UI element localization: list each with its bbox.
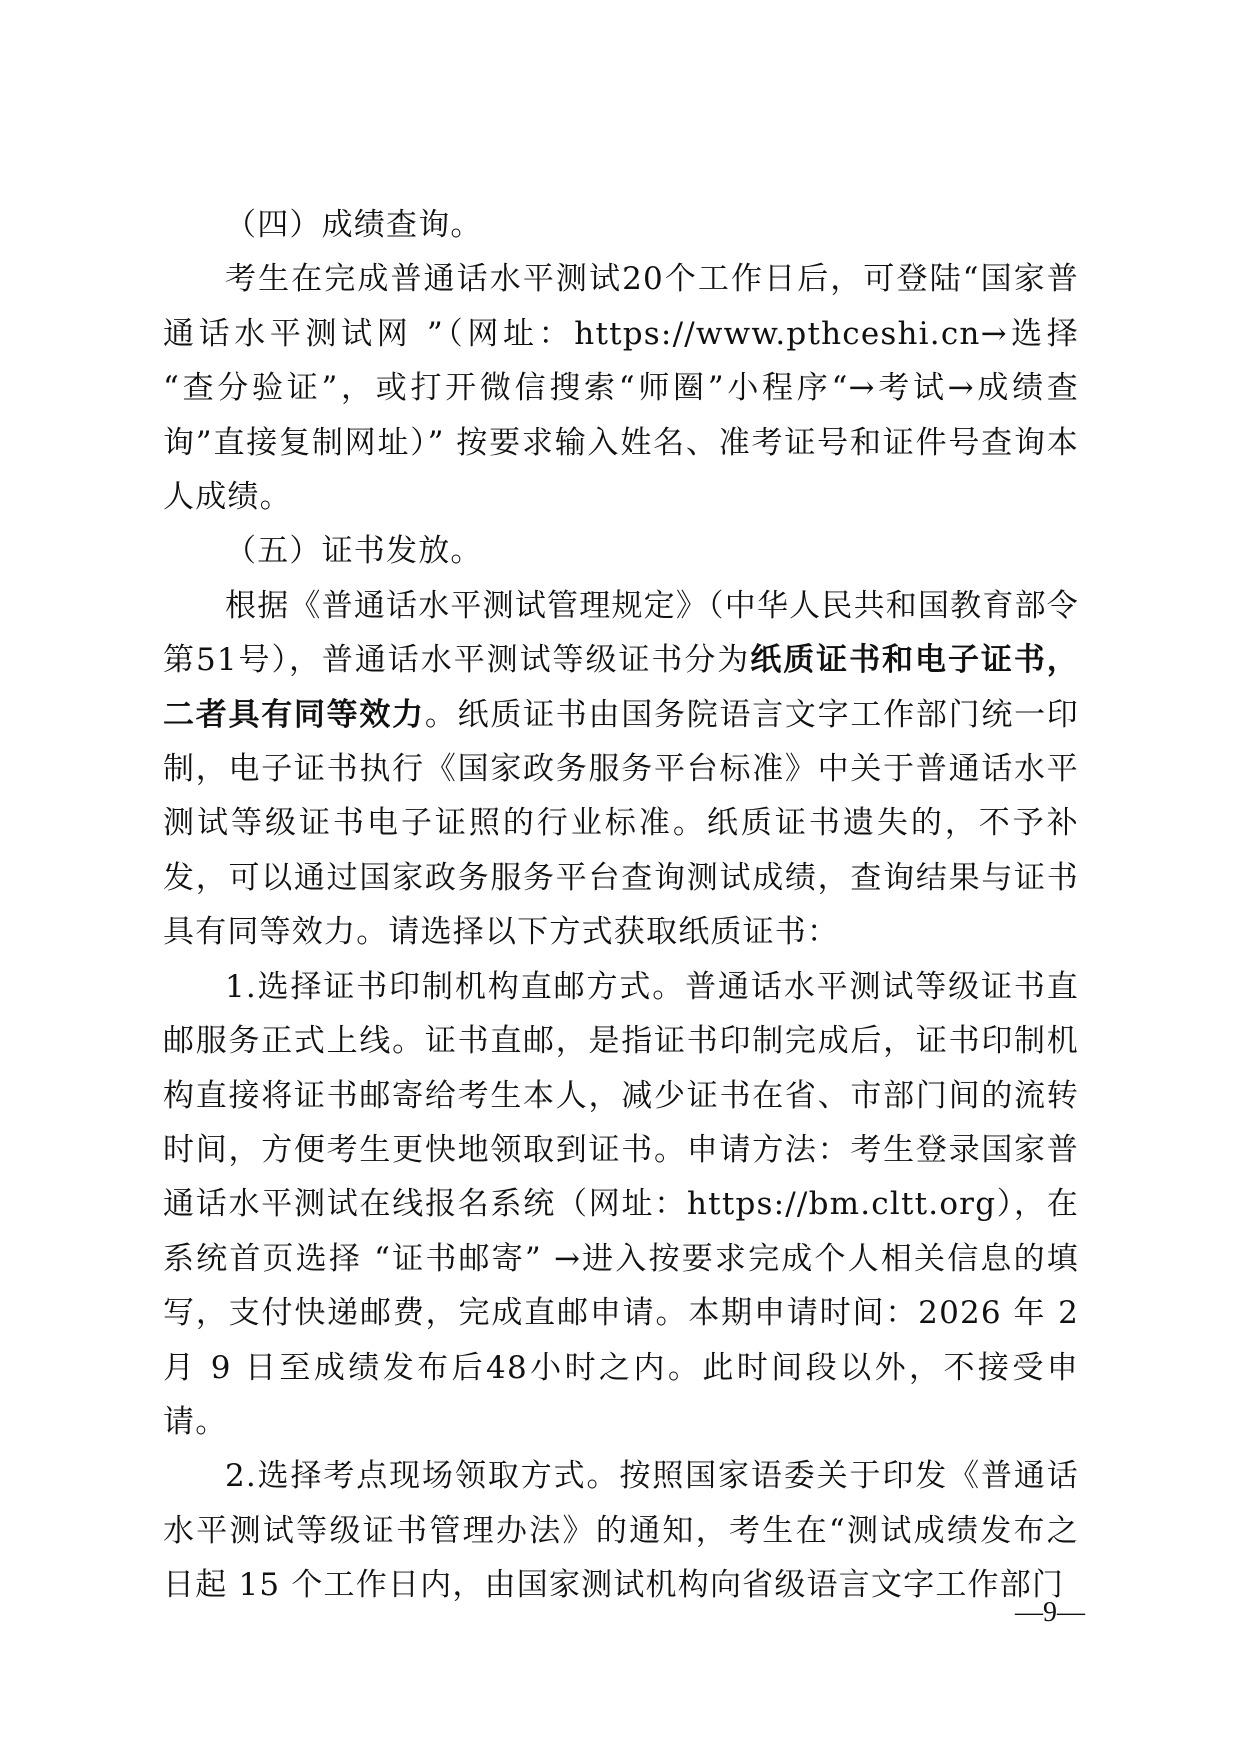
page-number: —9— [1015,1597,1085,1629]
section-5-intro-paragraph: 根据《普通话水平测试管理规定》（中华人民共和国教育部令第51号），普通话水平测试… [163,579,1079,960]
intro-text-b: 。纸质证书由国务院语言文字工作部门统一印制，电子证书执行《国家政务服务平台标准》… [163,697,1079,951]
document-page: （四）成绩查询。 考生在完成普通话水平测试20个工作日后，可登陆“国家普通话水平… [163,198,1079,1613]
option-2-paragraph: 2.选择考点现场领取方式。按照国家语委关于印发《普通话水平测试等级证书管理办法》… [163,1449,1079,1612]
section-4-paragraph: 考生在完成普通话水平测试20个工作日后，可登陆“国家普通话水平测试网 ”（网址：… [163,252,1079,524]
section-4-heading: （四）成绩查询。 [163,198,1079,252]
section-5-heading: （五）证书发放。 [163,524,1079,578]
option-1-paragraph: 1.选择证书印制机构直邮方式。普通话水平测试等级证书直邮服务正式上线。证书直邮，… [163,960,1079,1450]
